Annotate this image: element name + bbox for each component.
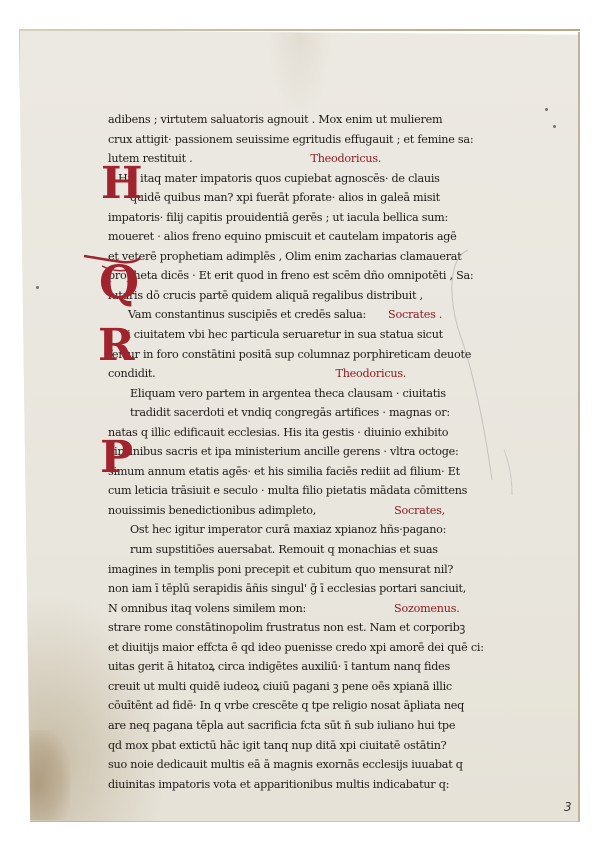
text-line: uitas gerit ā hitatoꝝ circa indigētes au…: [108, 657, 438, 677]
text-line: N omnibus itaq volens similem mon:Sozome…: [108, 599, 438, 619]
text-line: et veterē prophetiam adimplēs , Olim eni…: [108, 247, 438, 267]
text-line: fertur in foro constātini positā sup col…: [108, 345, 438, 365]
foxing-spot: [36, 286, 39, 289]
page-number: 3: [564, 800, 572, 814]
rubric-socrates: Socrates .: [388, 308, 442, 321]
text-line: cum leticia trāsiuit e seculo · multa fi…: [108, 481, 438, 501]
text-line: nouissimis benedictionibus adimpleto,Soc…: [108, 501, 438, 521]
text-line: strare rome constātinopolim frustratus n…: [108, 618, 438, 638]
text-line: quidē quibus man? xpi fuerāt pforate· al…: [108, 188, 438, 208]
text-line: lutem restituit .Theodoricus.: [108, 149, 438, 169]
text-line: condidit.Theodoricus.: [108, 364, 438, 384]
foxing-spot: [545, 108, 548, 111]
text-line: ri ciuitatem vbi hec particula seruaretu…: [108, 325, 438, 345]
text-line: qd mox pbat extictū hāc igit tanq nup di…: [108, 736, 438, 756]
text-line: diuinitas impatoris vota et apparitionib…: [108, 775, 438, 795]
text-line: propheta dicēs · Et erit quod in freno e…: [108, 266, 438, 286]
page-right-edge: [578, 32, 580, 822]
text-line: lutaris dō crucis partē quidem aliquā re…: [108, 286, 438, 306]
water-stain: [30, 730, 70, 820]
text-line: rum supstitiōes auersabat. Remouit q mon…: [108, 540, 438, 560]
text-line: Eliquam vero partem in argentea theca cl…: [108, 384, 438, 404]
text-line: non iam ī tēplū serapidis āñis singul' ḡ…: [108, 579, 438, 599]
initial-q: Q: [99, 262, 139, 302]
text-line: crux attigit· passionem seuissime egritu…: [108, 130, 438, 150]
text-line: cōuītēnt ad fidē· In q vrbe crescēte q t…: [108, 696, 438, 716]
text-line: moueret · alios freno equino pmiscuit et…: [108, 227, 438, 247]
rubric-sozomenus: Sozomenus.: [394, 602, 459, 615]
text-line: Hic itaq mater impatoris quos cupiebat a…: [108, 169, 438, 189]
text-line: Ost hec igitur imperator curā maxiaz xpi…: [108, 520, 438, 540]
rubric-theodoricus: Theodoricus.: [336, 367, 407, 380]
text-line: et diuitijs maior effcta ē qd ideo pueni…: [108, 638, 438, 658]
text-line: impatoris· filij capitis prouidentiā ger…: [108, 208, 438, 228]
text-line: natas q illic edificauit ecclesias. His …: [108, 423, 438, 443]
text-line: imagines in templis poni precepit et cub…: [108, 560, 438, 580]
text-line: suo noie dedicauit multis eā ā magnis ex…: [108, 755, 438, 775]
foxing-spot: [553, 125, 556, 128]
text-line: creuit ut multi quidē iudeoꝝ ciuiū pagan…: [108, 677, 438, 697]
rubric-theodoricus: Theodoricus.: [311, 152, 382, 165]
text-line: adibens ; virtutem saluatoris agnouit . …: [108, 110, 438, 130]
text-line: simum annum etatis agēs· et his similia …: [108, 462, 438, 482]
text-line: Vam constantinus suscipiēs et credēs sal…: [108, 305, 438, 325]
text-line: are neq pagana tēpla aut sacrificia fcta…: [108, 716, 438, 736]
rubric-socrates: Socrates,: [394, 504, 445, 517]
text-line: tradidit sacerdoti et vndiq congregās ar…: [108, 403, 438, 423]
text-line: virginibus sacris et ipa ministerium anc…: [108, 442, 438, 462]
initial-h: H: [101, 164, 143, 204]
page-top-edge: [19, 29, 580, 31]
initial-r: R: [98, 326, 135, 366]
main-text-column: adibens ; virtutem saluatoris agnouit . …: [108, 110, 438, 794]
initial-p: P: [100, 438, 133, 478]
